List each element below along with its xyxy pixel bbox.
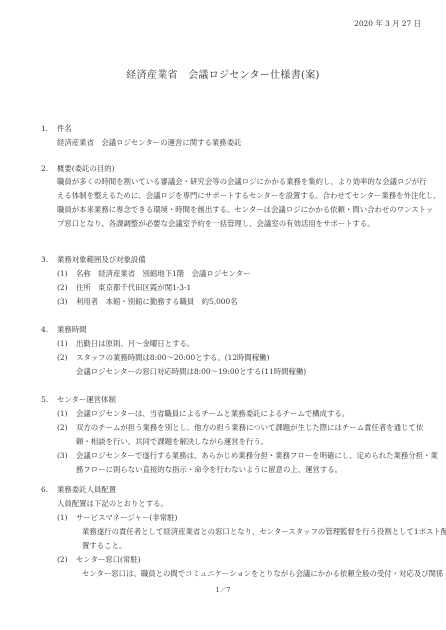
section-4-item-number: (1) [57, 337, 67, 350]
section-1-number: 1. [41, 122, 48, 135]
section-5-number: 5. [41, 393, 48, 406]
document-title: 経済産業省 会議ロジセンター仕様書(案) [0, 66, 446, 81]
section-3-item-text: 名称 経済産業省 別館地下1階 会議ロジセンター [76, 267, 250, 280]
section-4-number: 4. [41, 323, 48, 336]
section-5-item-text: 双方のチームが担う業務を別とし、他方の担う業務について課題が生じた際にはチーム責… [76, 421, 423, 434]
section-6-item-text: 置すること。 [82, 539, 126, 552]
section-6-item-number: (2) [57, 553, 67, 566]
section-5-heading: センター運営体制 [57, 393, 116, 406]
section-2-heading: 概要(委託の目的) [57, 162, 115, 175]
section-3-item-number: (3) [57, 295, 67, 308]
section-5-item-number: (2) [57, 421, 67, 434]
section-2-body-line: プ窓口となり、各課調整が必要な会議室予約を一括管理し、会議室の有効活用をサポート… [57, 217, 375, 230]
section-4-item-number: (2) [57, 351, 67, 364]
section-5-item-number: (1) [57, 407, 67, 420]
section-4-item-text: 出勤日は原則、月～金曜日とする。 [76, 337, 194, 350]
section-3-item-number: (1) [57, 267, 67, 280]
section-3-item-number: (2) [57, 281, 67, 294]
section-6-item-number: (1) [57, 511, 67, 524]
section-5-item-text: 会議ロジセンターで遂行する業務は、あらかじめ業務分担・業務フローを明確にし、定め… [76, 449, 438, 462]
section-6-item-text: 業務遂行の責任者として経済産業省との窓口となり、センタースタッフの管理監督を行う… [82, 525, 446, 538]
section-2-number: 2. [41, 162, 48, 175]
section-3-item-text: 住所 東京都千代田区霞が関1-3-1 [76, 281, 191, 294]
section-6-item-title: センター窓口(常駐) [76, 553, 141, 566]
section-6-heading: 業務委託人員配置 [57, 483, 116, 496]
page-number: 1／7 [0, 585, 446, 594]
section-4-heading: 業務時間 [57, 323, 87, 336]
section-6-item-title: サービスマネージャー(非常駐) [76, 511, 177, 524]
section-4-item-text: スタッフの業務時間は8:00～20:00とする。(12時間稼働) [76, 351, 270, 364]
section-6-intro: 人員配置は下記のとおりとする。 [57, 497, 168, 510]
section-4-item-text: 会議ロジセンターの窓口対応時間は8:00～19:00とする(11時間稼働) [76, 365, 306, 378]
section-2-body-line: える体制を整えるために、会議ロジを専門にサポートするセンターを設置する。合わせて… [57, 189, 441, 202]
section-5-item-text: 会議ロジセンターは、当省職員によるチームと業務委託によるチームで構成する。 [76, 407, 349, 420]
section-2-body-line: 職員が本来業務に専念できる環境・時間を創出する。センターは会議ロジにかかる依頼・… [57, 203, 433, 216]
section-5-item-number: (3) [57, 449, 67, 462]
section-5-item-text: 頼・相談を行い、共同で課題を解決しながら運営を行う。 [76, 435, 268, 448]
section-6-item-text: センター窓口は、職員との間でコミュニケーションをとりながら会議にかかる依頼全般の… [82, 567, 443, 580]
section-1-body: 経済産業省 会議ロジセンターの運営に関する業務委託 [57, 136, 241, 149]
section-6-number: 6. [41, 483, 48, 496]
document-page: 2020 年 3 月 27 日 経済産業省 会議ロジセンター仕様書(案) 1. … [0, 0, 446, 630]
section-3-item-text: 利用者 本館・別館に勤務する職員 約5,000名 [76, 295, 238, 308]
section-2-body-line: 職員が多くの時間を割いている審議会・研究会等の会議ロジにかかる業務を集約し、より… [57, 175, 427, 188]
section-3-number: 3. [41, 253, 48, 266]
section-1-heading: 件名 [57, 122, 72, 135]
document-date: 2020 年 3 月 27 日 [354, 17, 421, 30]
section-3-heading: 業務対象範囲及び対象設備 [57, 253, 146, 266]
section-5-item-text: 務フローに則らない直接的な指示・命令を行わないように留意の上、運営する。 [76, 463, 342, 476]
